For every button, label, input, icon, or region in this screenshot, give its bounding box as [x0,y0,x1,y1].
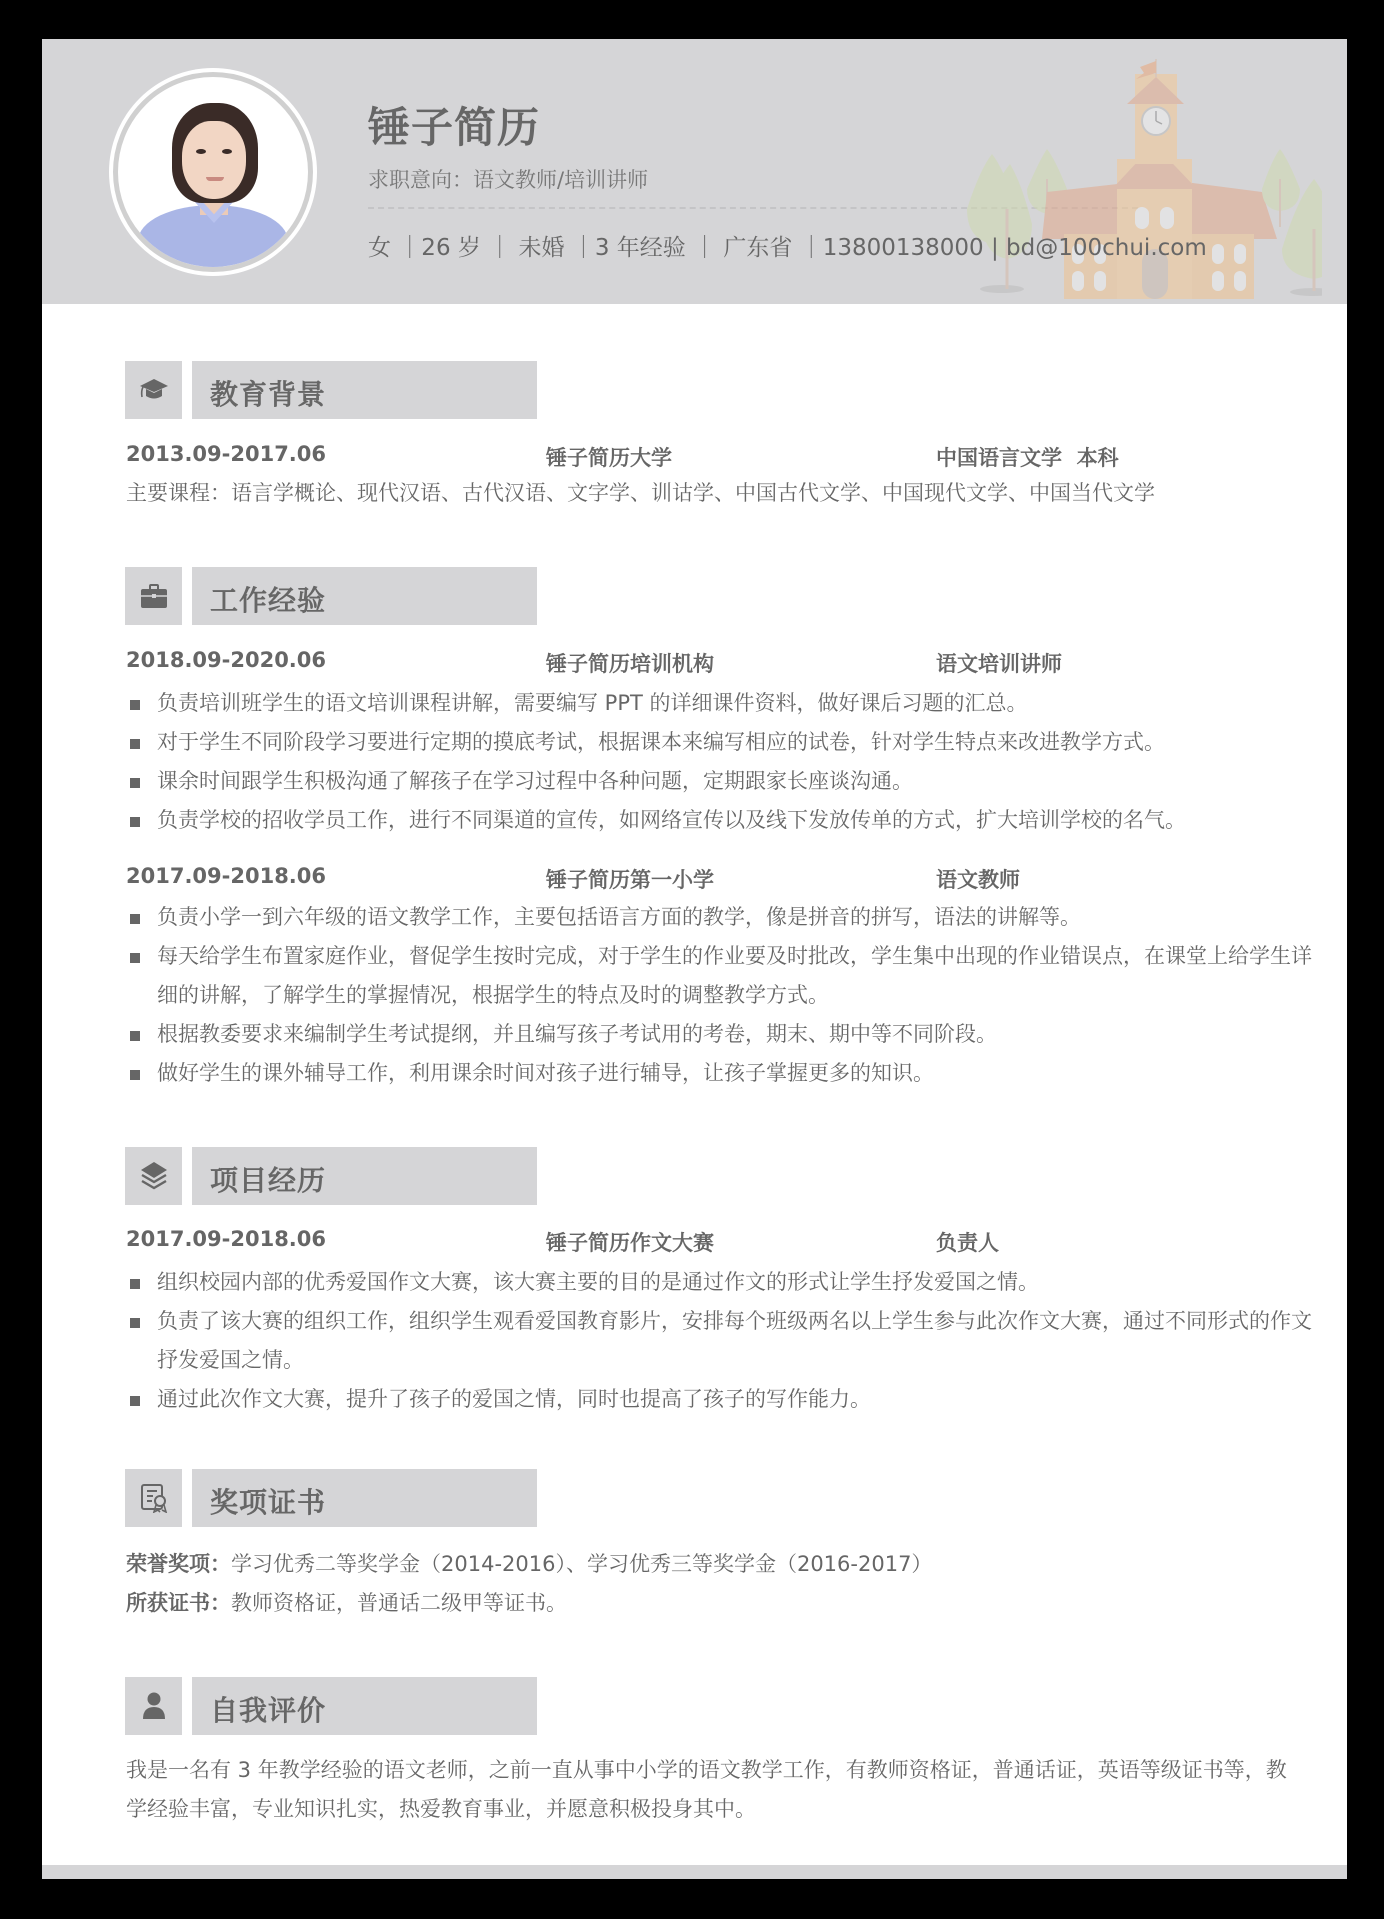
section-title-box: 项目经历 [192,1147,537,1205]
list-item: 负责了该大赛的组织工作，组织学生观看爱国教育影片，安排每个班级两名以上学生参与此… [126,1302,1326,1380]
section-title-box: 工作经验 [192,567,537,625]
job-org: 锤子简历培训机构 [546,648,714,678]
avatar [109,68,317,276]
honors-label: 荣誉奖项： [126,1552,231,1576]
job-date: 2018.09-2020.06 [126,648,326,672]
resume-header: 锤子简历 求职意向：语文教师/培训讲师 女 ｜26 岁 ｜ 未婚 ｜3 年经验 … [42,39,1347,304]
candidate-name: 锤子简历 [368,95,540,155]
section-title: 工作经验 [210,579,326,619]
section-title-box: 自我评价 [192,1677,537,1735]
bullet-square-icon [130,1070,140,1080]
bullet-square-icon [130,1279,140,1289]
self-evaluation-text: 我是一名有 3 年教学经验的语文老师，之前一直从事中小学的语文教学工作，有教师资… [126,1751,1306,1829]
list-item: 组织校园内部的优秀爱国作文大赛，该大赛主要的目的是通过作文的形式让学生抒发爱国之… [126,1263,1326,1302]
bullet-square-icon [130,1318,140,1328]
bullet-square-icon [130,817,140,827]
education-school: 锤子简历大学 [546,442,672,472]
graduation-cap-icon [125,361,182,419]
bullet-square-icon [130,1031,140,1041]
education-date: 2013.09-2017.06 [126,442,326,466]
job-intent-value: 语文教师/培训讲师 [473,168,648,192]
list-item: 对于学生不同阶段学习要进行定期的摸底考试，根据课本来编写相应的试卷，针对学生特点… [126,723,1326,762]
education-courses: 主要课程：语言学概论、现代汉语、古代汉语、文字学、训诂学、中国古代文学、中国现代… [126,474,1326,513]
list-item: 通过此次作文大赛，提升了孩子的爱国之情，同时也提高了孩子的写作能力。 [126,1380,1326,1419]
job-row: 2018.09-2020.06 锤子简历培训机构 语文培训讲师 [126,648,1326,678]
resume-page: 锤子简历 求职意向：语文教师/培训讲师 女 ｜26 岁 ｜ 未婚 ｜3 年经验 … [42,39,1347,1879]
certs-label: 所获证书： [126,1591,231,1615]
job-date: 2017.09-2018.06 [126,864,326,888]
layers-icon [125,1147,182,1205]
list-item: 做好学生的课外辅导工作，利用课余时间对孩子进行辅导，让孩子掌握更多的知识。 [126,1054,1326,1093]
job-intent: 求职意向：语文教师/培训讲师 [368,164,648,194]
bullet-square-icon [130,700,140,710]
personal-info: 女 ｜26 岁 ｜ 未婚 ｜3 年经验 ｜ 广东省 ｜13800138000 |… [368,229,1207,262]
user-icon [125,1677,182,1735]
section-title: 项目经历 [210,1159,326,1199]
section-title: 教育背景 [210,373,326,413]
job-intent-label: 求职意向： [368,168,473,192]
certificate-icon [125,1469,182,1527]
avatar-photo [113,72,313,272]
certs-value: 教师资格证，普通话二级甲等证书。 [231,1591,567,1615]
job-bullets: 负责小学一到六年级的语文教学工作，主要包括语言方面的教学，像是拼音的拼写，语法的… [126,898,1326,1093]
list-item: 负责小学一到六年级的语文教学工作，主要包括语言方面的教学，像是拼音的拼写，语法的… [126,898,1326,937]
honors-line: 荣誉奖项：学习优秀二等奖学金（2014-2016）、学习优秀三等奖学金（2016… [126,1545,1326,1584]
honors-value: 学习优秀二等奖学金（2014-2016）、学习优秀三等奖学金（2016-2017… [231,1552,932,1576]
bullet-square-icon [130,914,140,924]
job-row: 2017.09-2018.06 锤子简历第一小学 语文教师 [126,864,1326,894]
section-title-box: 教育背景 [192,361,537,419]
job-role: 语文培训讲师 [936,648,1062,678]
education-major: 中国语言文学 本科 [936,442,1119,472]
job-org: 锤子简历第一小学 [546,864,714,894]
bullet-square-icon [130,1396,140,1406]
section-title: 奖项证书 [210,1481,326,1521]
bullet-square-icon [130,739,140,749]
list-item: 根据教委要求来编制学生考试提纲，并且编写孩子考试用的考卷，期末、期中等不同阶段。 [126,1015,1326,1054]
project-role: 负责人 [936,1227,999,1257]
job-role: 语文教师 [936,864,1020,894]
list-item: 课余时间跟学生积极沟通了解孩子在学习过程中各种问题，定期跟家长座谈沟通。 [126,762,1326,801]
briefcase-icon [125,567,182,625]
project-row: 2017.09-2018.06 锤子简历作文大赛 负责人 [126,1227,1326,1257]
certs-line: 所获证书：教师资格证，普通话二级甲等证书。 [126,1584,1326,1623]
project-bullets: 组织校园内部的优秀爱国作文大赛，该大赛主要的目的是通过作文的形式让学生抒发爱国之… [126,1263,1326,1419]
education-row: 2013.09-2017.06 锤子简历大学 中国语言文学 本科 [126,442,1326,472]
project-date: 2017.09-2018.06 [126,1227,326,1251]
list-item: 每天给学生布置家庭作业，督促学生按时完成，对于学生的作业要及时批改，学生集中出现… [126,937,1326,1015]
footer-bar [42,1865,1347,1879]
bullet-square-icon [130,953,140,963]
section-title: 自我评价 [210,1689,326,1729]
bullet-square-icon [130,778,140,788]
list-item: 负责学校的招收学员工作，进行不同渠道的宣传，如网络宣传以及线下发放传单的方式，扩… [126,801,1326,840]
job-bullets: 负责培训班学生的语文培训课程讲解，需要编写 PPT 的详细课件资料，做好课后习题… [126,684,1326,840]
section-title-box: 奖项证书 [192,1469,537,1527]
project-name: 锤子简历作文大赛 [546,1227,714,1257]
school-illustration-icon [922,59,1322,299]
list-item: 负责培训班学生的语文培训课程讲解，需要编写 PPT 的详细课件资料，做好课后习题… [126,684,1326,723]
